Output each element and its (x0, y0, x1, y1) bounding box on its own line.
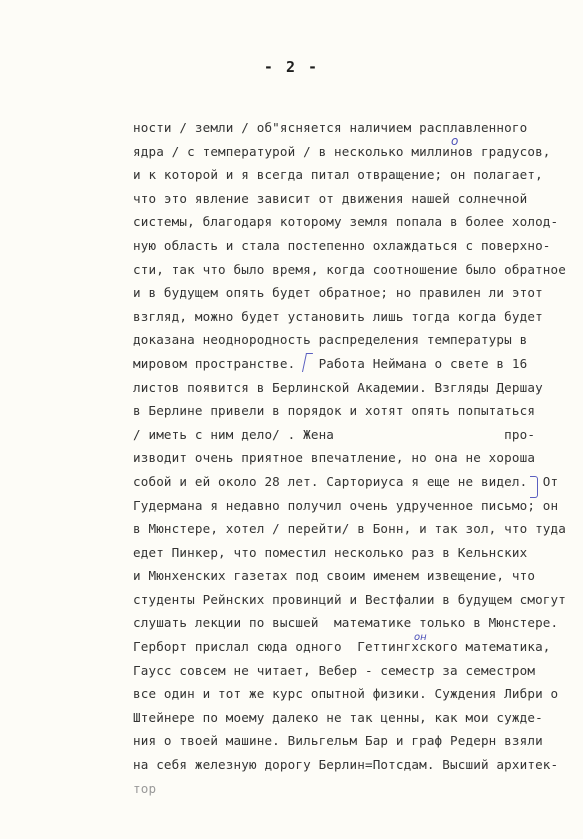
text-line: что это явление зависит от движения наше… (133, 187, 583, 211)
text-line: ния о твоей машине. Вильгельм Бар и граф… (133, 729, 583, 753)
text-line: ности / земли / об"ясняется наличием рас… (133, 116, 583, 140)
text-line: листов появится в Берлинской Академии. В… (133, 376, 583, 400)
text-line: тор (133, 777, 583, 801)
text-line: в Мюнстере, хотел / перейти/ в Бонн, и т… (133, 517, 583, 541)
text-line: Герборт прислал сюда одного Геттингхског… (133, 635, 583, 659)
text-line: студенты Рейнских провинций и Вестфалии … (133, 588, 583, 612)
handwritten-correction-on: он (414, 632, 427, 643)
text-line: и в будущем опять будет обратное; но пра… (133, 281, 583, 305)
handwritten-close-bracket-mark (530, 476, 538, 498)
page-number: - 2 - (0, 58, 583, 76)
text-line: системы, благодаря которому земля попала… (133, 210, 583, 234)
text-line: сти, так что было время, когда соотношен… (133, 258, 583, 282)
text-line: в Берлине привели в порядок и хотят опят… (133, 399, 583, 423)
text-line: взгляд, можно будет установить лишь тогд… (133, 305, 583, 329)
text-line: / иметь с ним дело/ . Жена про- (133, 423, 583, 447)
text-line: Гудермана я недавно получил очень удруче… (133, 494, 583, 518)
text-line: Штейнере по моему далеко не так ценны, к… (133, 706, 583, 730)
text-line: мировом пространстве. Работа Неймана о с… (133, 352, 583, 376)
text-line: на себя железную дорогу Берлин=Потсдам. … (133, 753, 583, 777)
text-line: и к которой и я всегда питал отвращение;… (133, 163, 583, 187)
handwritten-correction-o: о (451, 134, 458, 148)
text-line: ядра / с температурой / в несколько милл… (133, 140, 583, 164)
text-line: ную область и стала постепенно охлаждать… (133, 234, 583, 258)
typewritten-body: ности / земли / об"ясняется наличием рас… (133, 116, 583, 800)
text-line: собой и ей около 28 лет. Сарториуса я ещ… (133, 470, 583, 494)
text-line: изводит очень приятное впечатление, но о… (133, 446, 583, 470)
text-line: слушать лекции по высшей математике толь… (133, 611, 583, 635)
text-line: все один и тот же курс опытной физики. С… (133, 682, 583, 706)
text-line: едет Пинкер, что поместил несколько раз … (133, 541, 583, 565)
text-line: и Мюнхенских газетах под своим именем из… (133, 564, 583, 588)
text-line: Гаусс совсем не читает, Вебер - семестр … (133, 659, 583, 683)
text-line: доказана неоднородность распределения те… (133, 328, 583, 352)
